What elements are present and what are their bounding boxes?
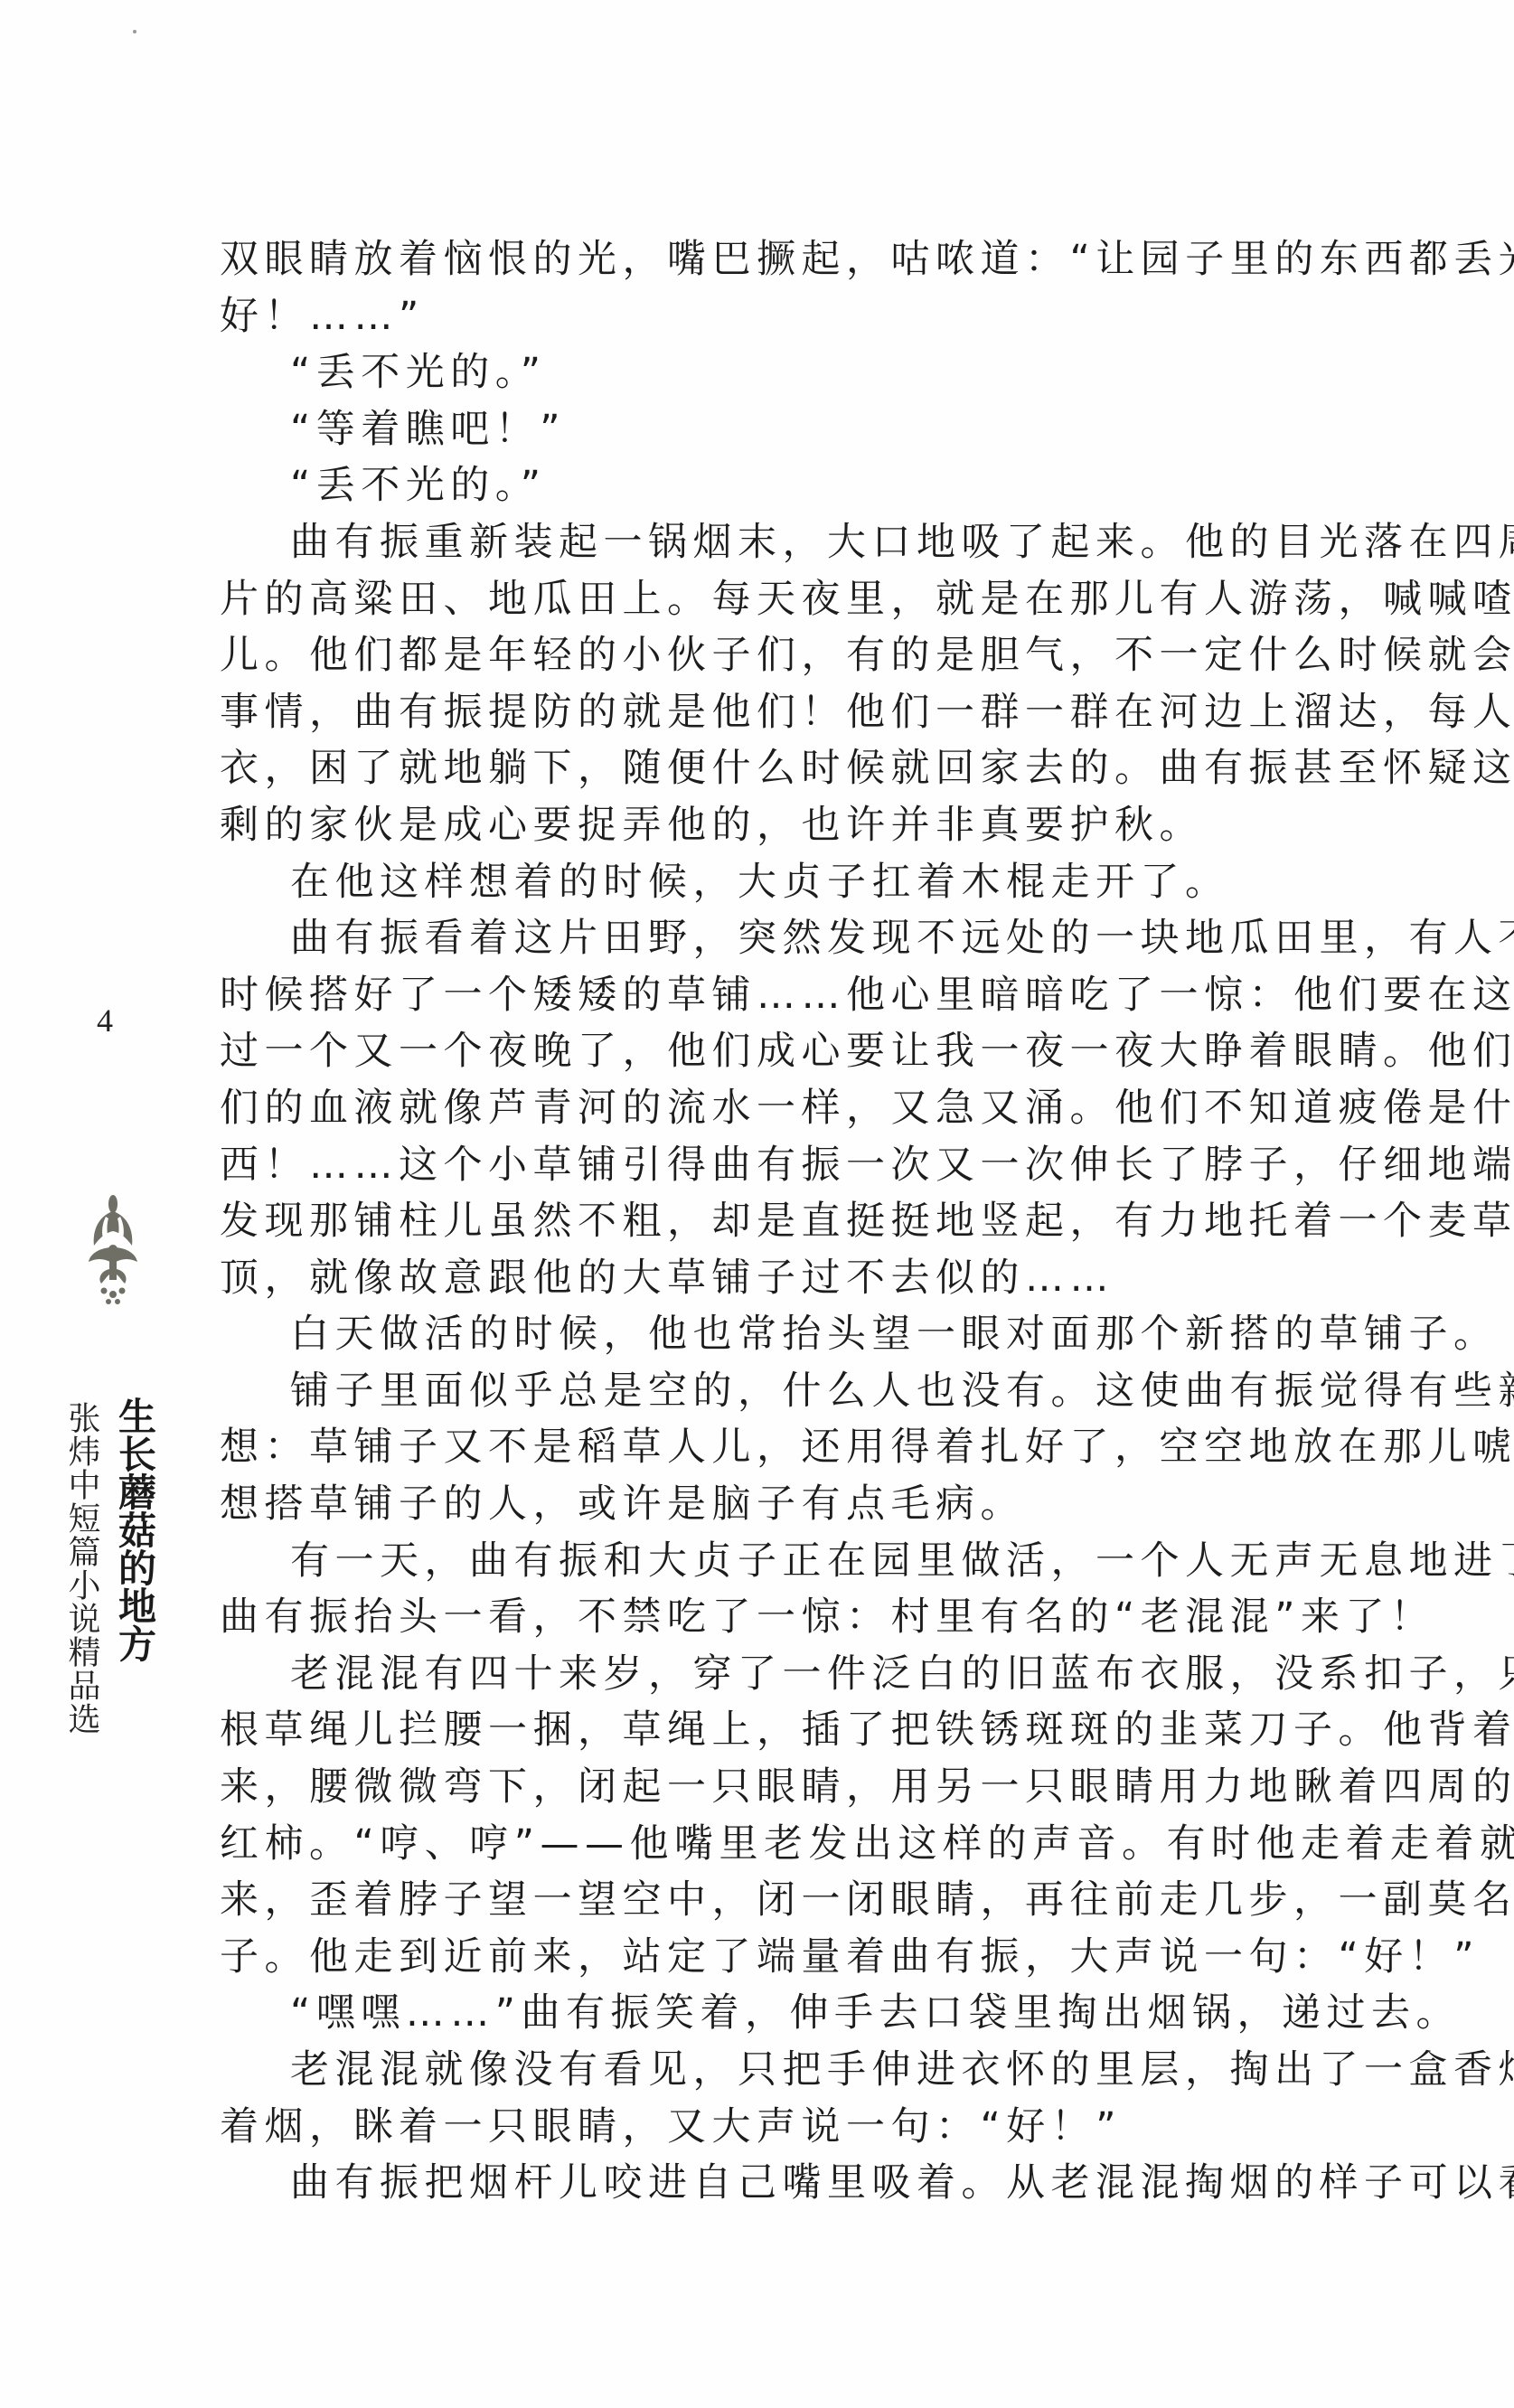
text-line: 根草绳儿拦腰一捆，草绳上，插了把铁锈斑斑的韭菜刀子。他背着手走过 [220, 1702, 1440, 1759]
collection-title: 张炜中短篇小说精品选 [65, 1401, 98, 1735]
text-line: 曲有振抬头一看，不禁吃了一惊：村里有名的“老混混”来了！ [220, 1589, 1440, 1646]
text-line: 过一个又一个夜晚了，他们成心要让我一夜一夜大睁着眼睛。他们年轻，他 [220, 1023, 1440, 1080]
text-line: 时候搭好了一个矮矮的草铺……他心里暗暗吃了一惊：他们要在这河边上度 [220, 967, 1440, 1024]
text-line: 着烟，眯着一只眼睛，又大声说一句：“好！” [220, 2099, 1440, 2156]
text-line: 老混混有四十来岁，穿了一件泛白的旧蓝布衣服，没系扣子，只是用一 [220, 1646, 1440, 1703]
text-line: 好！……” [220, 288, 1440, 345]
text-line: 在他这样想着的时候，大贞子扛着木棍走开了。 [220, 854, 1440, 911]
scan-speck [133, 30, 136, 33]
text-line: 有一天，曲有振和大贞子正在园里做活，一个人无声无息地进了园子。 [220, 1533, 1440, 1590]
text-line: 儿。他们都是年轻的小伙子们，有的是胆气，不一定什么时候就会做出一点 [220, 627, 1440, 684]
text-line: 想搭草铺子的人，或许是脑子有点毛病。 [220, 1476, 1440, 1533]
text-line: 事情，曲有振提防的就是他们！他们一群一群在河边上溜达，每人披个蓑 [220, 684, 1440, 741]
text-line: 白天做活的时候，他也常抬头望一眼对面那个新搭的草铺子。 [220, 1306, 1440, 1363]
book-title: 生长蘑菇的地方 [116, 1397, 154, 1662]
text-line: “丢不光的。” [220, 457, 1440, 514]
text-line: “丢不光的。” [220, 344, 1440, 401]
text-line: 们的血液就像芦青河的流水一样，又急又涌。他们不知道疲倦是什么东 [220, 1080, 1440, 1137]
text-line: 双眼睛放着恼恨的光，嘴巴撅起，咕哝道：“让园子里的东西都丢光才 [220, 231, 1440, 288]
text-line: 来，歪着脖子望一望空中，闭一闭眼睛，再往前走几步，一副莫名其妙的样 [220, 1872, 1440, 1929]
text-line: “等着瞧吧！” [220, 401, 1440, 458]
text-line: 西！……这个小草铺引得曲有振一次又一次伸长了脖子，仔细地端详着，他 [220, 1137, 1440, 1194]
text-line: 发现那铺柱儿虽然不粗，却是直挺挺地竖起，有力地托着一个麦草做的铺 [220, 1193, 1440, 1250]
text-line: 老混混就像没有看见，只把手伸进衣怀的里层，掏出了一盒香烟。他吸 [220, 2042, 1440, 2099]
text-line: 曲有振看着这片田野，突然发现不远处的一块地瓜田里，有人不知什么 [220, 910, 1440, 967]
text-line: 曲有振重新装起一锅烟末，大口地吸了起来。他的目光落在四周那一片 [220, 514, 1440, 571]
text-line: 剩的家伙是成心要捉弄他的，也许并非真要护秋。 [220, 797, 1440, 854]
text-line: 顶，就像故意跟他的大草铺子过不去似的…… [220, 1250, 1440, 1307]
text-line: 子。他走到近前来，站定了端量着曲有振，大声说一句：“好！” [220, 1929, 1440, 1986]
text-line: 来，腰微微弯下，闭起一只眼睛，用另一只眼睛用力地瞅着四周的黄瓜和西 [220, 1759, 1440, 1816]
body-text: 双眼睛放着恼恨的光，嘴巴撅起，咕哝道：“让园子里的东西都丢光才好！……”“丢不光… [220, 231, 1440, 2212]
text-line: 铺子里面似乎总是空的，什么人也没有。这使曲有振觉得有些新奇。他 [220, 1363, 1440, 1420]
fleur-ornament-icon [81, 1193, 145, 1311]
text-line: 片的高粱田、地瓜田上。每天夜里，就是在那儿有人游荡，喊喊喳喳说话 [220, 571, 1440, 628]
text-line: 衣，困了就地躺下，随便什么时候就回家去的。曲有振甚至怀疑这些精力过 [220, 740, 1440, 797]
page-number: 4 [97, 1002, 113, 1039]
text-line: 曲有振把烟杆儿咬进自己嘴里吸着。从老混混掏烟的样子可以看出，他 [220, 2155, 1440, 2212]
text-line: 想：草铺子又不是稻草人儿，还用得着扎好了，空空地放在那儿唬人吗？他 [220, 1419, 1440, 1476]
text-line: 红柿。“哼、哼”——他嘴里老发出这样的声音。有时他走着走着就站下 [220, 1816, 1440, 1873]
text-line: “嘿嘿……”曲有振笑着，伸手去口袋里掏出烟锅，递过去。 [220, 1985, 1440, 2042]
